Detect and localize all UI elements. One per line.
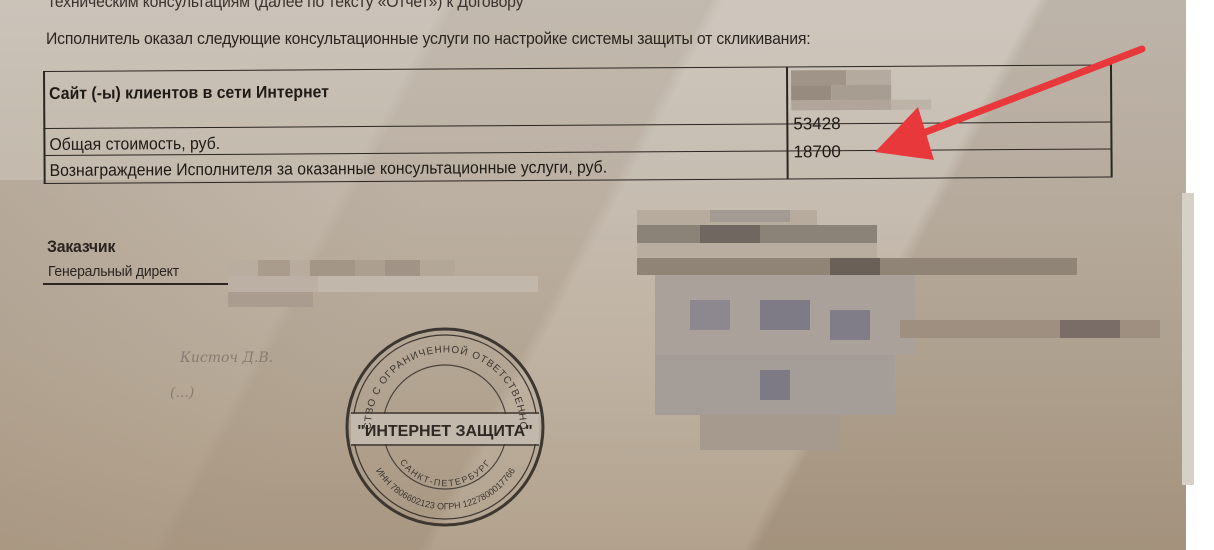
red-arrow-annotation <box>0 0 1214 550</box>
